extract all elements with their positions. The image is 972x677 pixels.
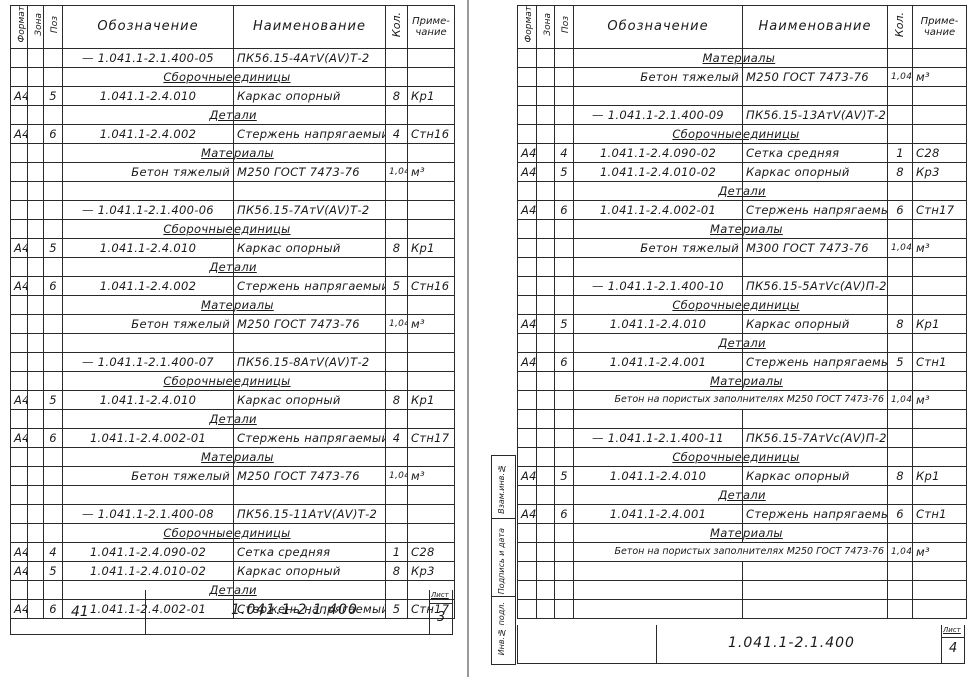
- pos-cell: 5: [44, 562, 63, 581]
- name-cell: Каркас опорный: [234, 562, 386, 581]
- right-spec-table: Формат Зона Поз Обозначение Наименование…: [517, 5, 967, 619]
- designation-cell: 1.041.1-2.4.010-02: [574, 163, 743, 182]
- section-header-row: Сборочныеединицы: [11, 372, 455, 391]
- empty-cell: [555, 562, 574, 581]
- qty-cell: 8: [386, 239, 408, 258]
- qty-cell: [888, 49, 913, 68]
- header-row: Формат Зона Поз Обозначение Наименование…: [11, 6, 455, 49]
- format-cell: [518, 524, 537, 543]
- empty-cell: [913, 581, 967, 600]
- section-title-part: Дет: [209, 108, 233, 122]
- section-title-a: Мате: [63, 144, 234, 163]
- note-cell: Кр1: [408, 239, 455, 258]
- note-cell: [913, 125, 967, 144]
- pos-cell: 5: [555, 467, 574, 486]
- header-designation: Обозначение: [574, 6, 743, 49]
- section-title-a: Мате: [574, 220, 743, 239]
- empty-cell: [234, 486, 386, 505]
- qty-cell: [386, 353, 408, 372]
- qty-cell: 1,04: [888, 391, 913, 410]
- designation-cell: 1.041.1-2.4.090-02: [63, 543, 234, 562]
- zone-cell: [28, 562, 44, 581]
- section-header-row: Сборочныеединицы: [518, 448, 967, 467]
- left-page: Формат Зона Поз Обозначение Наименование…: [10, 5, 455, 619]
- empty-cell: [743, 87, 888, 106]
- qty-cell: 6: [888, 201, 913, 220]
- note-cell: Кр1: [408, 87, 455, 106]
- format-cell: А4: [518, 467, 537, 486]
- qty-cell: [386, 49, 408, 68]
- format-cell: [11, 524, 28, 543]
- table-row: А451.041.1-2.4.010-02Каркас опорный8Кр3: [11, 562, 455, 581]
- table-row: А461.041.1-2.4.002Стержень напрягаемый5С…: [11, 277, 455, 296]
- pos-cell: [44, 315, 63, 334]
- header-pos: Поз: [44, 6, 63, 49]
- qty-cell: 4: [386, 429, 408, 448]
- pos-cell: [44, 49, 63, 68]
- section-title-part: Сборочные: [163, 526, 233, 540]
- side-stamp-inventory: Инв.№ подл.: [497, 602, 506, 655]
- blank-row: [518, 581, 967, 600]
- qty-cell: [888, 448, 913, 467]
- material-row: Бетон на пористых заполнителях М250 ГОСТ…: [518, 543, 967, 562]
- format-cell: [518, 125, 537, 144]
- section-title-part: али: [234, 108, 257, 122]
- empty-cell: [537, 410, 555, 429]
- name-cell: Стержень напрягаемый: [743, 201, 888, 220]
- format-cell: [11, 144, 28, 163]
- table-row: А451.041.1-2.4.010Каркас опорный8Кр1: [11, 239, 455, 258]
- format-cell: [11, 163, 28, 182]
- header-designation: Обозначение: [63, 6, 234, 49]
- zone-cell: [28, 258, 44, 277]
- format-cell: [11, 353, 28, 372]
- section-header-row: Сборочныеединицы: [11, 524, 455, 543]
- note-cell: м³: [408, 315, 455, 334]
- empty-cell: [537, 87, 555, 106]
- left-sheet-box: Лист 3: [429, 590, 452, 634]
- blank-row: [11, 182, 455, 201]
- qty-cell: 8: [888, 315, 913, 334]
- section-title-a: Мате: [63, 448, 234, 467]
- format-cell: [11, 220, 28, 239]
- zone-cell: [537, 372, 555, 391]
- empty-cell: [234, 334, 386, 353]
- section-title-b: единицы: [234, 220, 386, 239]
- section-header-row: Сборочныеединицы: [11, 68, 455, 87]
- empty-cell: [888, 581, 913, 600]
- empty-cell: [913, 600, 967, 619]
- material-row: Бетон тяжелыйМ250 ГОСТ 7473-761,04м³: [11, 315, 455, 334]
- section-header-row: Материалы: [518, 372, 967, 391]
- section-title-b: единицы: [743, 125, 888, 144]
- left-sheet-divider: [430, 603, 452, 604]
- zone-cell: [537, 391, 555, 410]
- zone-cell: [537, 315, 555, 334]
- pos-cell: 6: [555, 353, 574, 372]
- format-cell: А4: [518, 353, 537, 372]
- empty-cell: [44, 486, 63, 505]
- header-qty: Кол.: [386, 6, 408, 49]
- zone-cell: [28, 448, 44, 467]
- designation-cell: 1.041.1-2.4.010: [63, 239, 234, 258]
- name-cell: Каркас опорный: [234, 391, 386, 410]
- section-title-part: Мате: [201, 298, 233, 312]
- format-cell: [518, 486, 537, 505]
- name-cell: Каркас опорный: [234, 239, 386, 258]
- header-note: Приме-чание: [408, 6, 455, 49]
- section-title-a: Мате: [574, 372, 743, 391]
- table-row: — 1.041.1-2.1.400-06ПК56.15-7АтⅤ(АⅤ)Т-2: [11, 201, 455, 220]
- header-name: Наименование: [234, 6, 386, 49]
- empty-cell: [11, 334, 28, 353]
- designation-cell: 1.041.1-2.4.002-01: [63, 429, 234, 448]
- qty-cell: 8: [888, 163, 913, 182]
- zone-cell: [28, 429, 44, 448]
- name-cell: ПК56.15-13АтⅤ(АⅤ)Т-2: [743, 106, 888, 125]
- empty-cell: [574, 600, 743, 619]
- note-cell: [408, 68, 455, 87]
- designation-cell: — 1.041.1-2.1.400-09: [574, 106, 743, 125]
- pos-cell: [555, 277, 574, 296]
- section-title-part: Дет: [718, 184, 742, 198]
- qty-cell: 1: [386, 543, 408, 562]
- zone-cell: [28, 410, 44, 429]
- note-cell: [408, 524, 455, 543]
- zone-cell: [537, 106, 555, 125]
- name-cell: Стержень напрягаемый: [234, 277, 386, 296]
- table-row: — 1.041.1-2.1.400-11ПК56.15-7АтⅤс(АⅤ)П-2: [518, 429, 967, 448]
- format-cell: [518, 106, 537, 125]
- format-cell: А4: [11, 429, 28, 448]
- pos-cell: 6: [555, 505, 574, 524]
- zone-cell: [537, 49, 555, 68]
- section-title-part: риалы: [743, 222, 783, 236]
- section-title-b: иалы: [743, 49, 888, 68]
- designation-cell: — 1.041.1-2.1.400-10: [574, 277, 743, 296]
- zone-cell: [537, 448, 555, 467]
- section-header-row: Материалы: [11, 144, 455, 163]
- section-header-row: Детали: [11, 106, 455, 125]
- material-grade-cell: М250 ГОСТ 7473-76: [743, 68, 888, 87]
- section-title-b: единицы: [234, 524, 386, 543]
- name-cell: Каркас опорный: [743, 163, 888, 182]
- zone-cell: [537, 543, 555, 562]
- format-cell: [518, 391, 537, 410]
- header-format: Формат: [11, 6, 28, 49]
- note-cell: [913, 486, 967, 505]
- format-cell: [11, 49, 28, 68]
- note-cell: Стн1: [913, 353, 967, 372]
- section-title-a: Сборочные: [63, 372, 234, 391]
- name-cell: Каркас опорный: [743, 315, 888, 334]
- note-cell: Кр1: [913, 315, 967, 334]
- zone-cell: [28, 68, 44, 87]
- note-cell: С28: [913, 144, 967, 163]
- zone-cell: [28, 391, 44, 410]
- section-title-part: Сборочные: [672, 298, 742, 312]
- format-cell: [11, 201, 28, 220]
- section-title-part: али: [234, 260, 257, 274]
- zone-cell: [28, 201, 44, 220]
- note-cell: [913, 182, 967, 201]
- pos-cell: [44, 106, 63, 125]
- section-title-part: Мате: [710, 222, 742, 236]
- note-cell: м³: [913, 68, 967, 87]
- pos-cell: 6: [44, 277, 63, 296]
- material-name-cell: Бетон тяжелый: [63, 467, 234, 486]
- empty-cell: [386, 486, 408, 505]
- name-cell: Стержень напрягаемый: [234, 429, 386, 448]
- qty-cell: [888, 220, 913, 239]
- pos-cell: [44, 144, 63, 163]
- section-title-a: Сборочные: [63, 68, 234, 87]
- empty-cell: [44, 182, 63, 201]
- note-cell: м³: [408, 467, 455, 486]
- qty-cell: [386, 201, 408, 220]
- note-cell: [408, 410, 455, 429]
- empty-cell: [386, 182, 408, 201]
- note-cell: Стн17: [408, 429, 455, 448]
- note-cell: [913, 106, 967, 125]
- empty-cell: [518, 600, 537, 619]
- qty-cell: 1,04: [386, 163, 408, 182]
- empty-cell: [888, 600, 913, 619]
- qty-cell: [386, 448, 408, 467]
- qty-cell: [888, 277, 913, 296]
- side-approval-stamp: Взам.инв.№ Подпись и дата Инв.№ подл.: [491, 455, 516, 665]
- format-cell: А4: [518, 505, 537, 524]
- material-grade-cell: М300 ГОСТ 7473-76: [743, 239, 888, 258]
- name-cell: Сетка средняя: [234, 543, 386, 562]
- table-row: А461.041.1-2.4.002-01Стержень напрягаемы…: [11, 429, 455, 448]
- table-row: — 1.041.1-2.1.400-05ПК56.15-4АтⅤ(АⅤ)Т-2: [11, 49, 455, 68]
- section-title-part: Мате: [710, 374, 742, 388]
- qty-cell: [888, 182, 913, 201]
- empty-cell: [408, 486, 455, 505]
- section-title-a: Матер: [574, 49, 743, 68]
- zone-cell: [537, 296, 555, 315]
- empty-cell: [888, 562, 913, 581]
- designation-cell: — 1.041.1-2.1.400-05: [63, 49, 234, 68]
- empty-cell: [913, 562, 967, 581]
- section-title-part: риалы: [234, 450, 274, 464]
- empty-cell: [574, 410, 743, 429]
- pos-cell: [555, 125, 574, 144]
- format-cell: А4: [11, 277, 28, 296]
- empty-cell: [555, 87, 574, 106]
- empty-cell: [11, 486, 28, 505]
- empty-cell: [743, 600, 888, 619]
- note-cell: [408, 106, 455, 125]
- section-title-b: единицы: [743, 448, 888, 467]
- empty-cell: [537, 581, 555, 600]
- note-cell: [913, 429, 967, 448]
- qty-cell: 1,04: [386, 315, 408, 334]
- table-row: — 1.041.1-2.1.400-09ПК56.15-13АтⅤ(АⅤ)Т-2: [518, 106, 967, 125]
- material-grade-cell: М250 ГОСТ 7473-76: [234, 315, 386, 334]
- designation-cell: 1.041.1-2.4.002: [63, 125, 234, 144]
- zone-cell: [28, 87, 44, 106]
- section-title-a: Сборочные: [63, 524, 234, 543]
- format-cell: А4: [518, 144, 537, 163]
- zone-cell: [28, 296, 44, 315]
- section-title-part: единицы: [234, 526, 291, 540]
- empty-cell: [555, 410, 574, 429]
- qty-cell: 8: [386, 87, 408, 106]
- blank-row: [518, 87, 967, 106]
- section-header-row: Сборочныеединицы: [11, 220, 455, 239]
- section-title-part: Сборочные: [672, 450, 742, 464]
- section-title-b: риалы: [234, 296, 386, 315]
- table-row: — 1.041.1-2.1.400-08ПК56.15-11АтⅤ(АⅤ)Т-2: [11, 505, 455, 524]
- section-header-row: Детали: [518, 486, 967, 505]
- section-title-part: Матер: [702, 51, 742, 65]
- empty-cell: [537, 258, 555, 277]
- section-title-a: Сборочные: [574, 448, 743, 467]
- note-cell: м³: [913, 391, 967, 410]
- qty-cell: 1,04: [888, 543, 913, 562]
- empty-cell: [743, 258, 888, 277]
- pos-cell: [44, 201, 63, 220]
- empty-cell: [888, 258, 913, 277]
- left-title-block: 41 1.041.1-2.1.400 Лист 3: [10, 590, 453, 635]
- table-row: А441.041.1-2.4.090-02Сетка средняя1С28: [518, 144, 967, 163]
- section-header-row: Сборочныеединицы: [518, 125, 967, 144]
- empty-cell: [537, 562, 555, 581]
- section-header-row: Детали: [11, 258, 455, 277]
- note-cell: Кр3: [408, 562, 455, 581]
- qty-cell: [386, 220, 408, 239]
- empty-cell: [11, 182, 28, 201]
- empty-cell: [518, 562, 537, 581]
- designation-cell: — 1.041.1-2.1.400-11: [574, 429, 743, 448]
- qty-cell: 1: [888, 144, 913, 163]
- section-title-part: единицы: [743, 450, 800, 464]
- pos-cell: [555, 182, 574, 201]
- left-page-code: 41: [71, 604, 89, 620]
- table-row: А461.041.1-2.4.001Стержень напрягаемый6С…: [518, 505, 967, 524]
- table-row: — 1.041.1-2.1.400-07ПК56.15-8АтⅤ(АⅤ)Т-2: [11, 353, 455, 372]
- format-cell: [11, 410, 28, 429]
- designation-cell: — 1.041.1-2.1.400-08: [63, 505, 234, 524]
- qty-cell: [386, 372, 408, 391]
- material-row: Бетон тяжелыйМ250 ГОСТ 7473-761,04м³: [11, 467, 455, 486]
- section-title-part: Сборочные: [163, 222, 233, 236]
- designation-cell: 1.041.1-2.4.090-02: [574, 144, 743, 163]
- pos-cell: [555, 68, 574, 87]
- zone-cell: [537, 182, 555, 201]
- qty-cell: [888, 106, 913, 125]
- empty-cell: [408, 182, 455, 201]
- zone-cell: [28, 239, 44, 258]
- left-sheet-number: 3: [437, 610, 445, 625]
- section-title-b: али: [234, 106, 386, 125]
- designation-cell: 1.041.1-2.4.001: [574, 353, 743, 372]
- zone-cell: [537, 486, 555, 505]
- qty-cell: 8: [386, 562, 408, 581]
- material-name-cell: Бетон тяжелый: [63, 163, 234, 182]
- header-pos: Поз: [555, 6, 574, 49]
- empty-cell: [913, 410, 967, 429]
- empty-cell: [888, 87, 913, 106]
- note-cell: [408, 505, 455, 524]
- left-spec-table: Формат Зона Поз Обозначение Наименование…: [10, 5, 455, 619]
- qty-cell: [386, 524, 408, 543]
- material-name-cell: Бетон тяжелый: [574, 239, 743, 258]
- table-row: А441.041.1-2.4.090-02Сетка средняя1С28: [11, 543, 455, 562]
- qty-cell: [386, 144, 408, 163]
- section-header-row: Материалы: [518, 49, 967, 68]
- format-cell: [518, 296, 537, 315]
- designation-cell: 1.041.1-2.4.001: [574, 505, 743, 524]
- side-stamp-divider-2: [492, 596, 515, 597]
- format-cell: [11, 68, 28, 87]
- pos-cell: [44, 163, 63, 182]
- empty-cell: [574, 581, 743, 600]
- pos-cell: 4: [44, 543, 63, 562]
- name-cell: ПК56.15-7АтⅤ(АⅤ)Т-2: [234, 201, 386, 220]
- section-title-b: риалы: [234, 144, 386, 163]
- format-cell: [11, 296, 28, 315]
- right-sheet-box: Лист 4: [941, 625, 964, 663]
- format-cell: [11, 467, 28, 486]
- note-cell: Кр3: [913, 163, 967, 182]
- section-title-b: единицы: [234, 372, 386, 391]
- zone-cell: [537, 467, 555, 486]
- section-title-part: Дет: [209, 260, 233, 274]
- section-header-row: Детали: [518, 182, 967, 201]
- material-name-cell: Бетон тяжелый: [63, 315, 234, 334]
- blank-row: [11, 334, 455, 353]
- section-title-a: Мате: [574, 524, 743, 543]
- format-cell: А4: [11, 543, 28, 562]
- format-cell: [518, 429, 537, 448]
- zone-cell: [537, 220, 555, 239]
- format-cell: А4: [518, 315, 537, 334]
- note-cell: С28: [408, 543, 455, 562]
- material-row: Бетон тяжелыйМ300 ГОСТ 7473-761,04м³: [518, 239, 967, 258]
- pos-cell: [555, 429, 574, 448]
- format-cell: [518, 372, 537, 391]
- material-name-cell: Бетон тяжелый: [574, 68, 743, 87]
- name-cell: Стержень напрягаемый: [743, 353, 888, 372]
- material-row: Бетон на пористых заполнителях М250 ГОСТ…: [518, 391, 967, 410]
- zone-cell: [537, 125, 555, 144]
- section-title-b: али: [743, 486, 888, 505]
- designation-cell: 1.041.1-2.4.010: [63, 87, 234, 106]
- pos-cell: [555, 106, 574, 125]
- pos-cell: [555, 220, 574, 239]
- material-full-cell: Бетон на пористых заполнителях М250 ГОСТ…: [574, 391, 888, 410]
- format-cell: [11, 448, 28, 467]
- name-cell: ПК56.15-5АтⅤс(АⅤ)П-2: [743, 277, 888, 296]
- empty-cell: [888, 410, 913, 429]
- empty-cell: [28, 182, 44, 201]
- page-separator: [467, 0, 469, 677]
- format-cell: [518, 220, 537, 239]
- zone-cell: [537, 353, 555, 372]
- empty-cell: [518, 581, 537, 600]
- pos-cell: [555, 391, 574, 410]
- pos-cell: [44, 467, 63, 486]
- format-cell: [11, 372, 28, 391]
- format-cell: [518, 334, 537, 353]
- name-cell: ПК56.15-11АтⅤ(АⅤ)Т-2: [234, 505, 386, 524]
- pos-cell: 6: [555, 201, 574, 220]
- note-cell: [913, 220, 967, 239]
- zone-cell: [537, 68, 555, 87]
